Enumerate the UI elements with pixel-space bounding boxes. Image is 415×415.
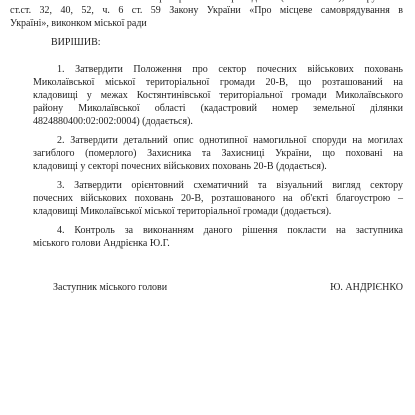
decree-item-4-line-1: 4. Контроль за виконанням даного рішення… bbox=[33, 224, 403, 237]
decree-item-2-line-3: кладовищі у секторі почесних військових … bbox=[33, 160, 403, 173]
decree-item-3-line-1: 3. Затвердити орієнтовний схематичний та… bbox=[33, 179, 403, 192]
intro-line-3: Україні», виконком міської ради bbox=[10, 17, 403, 30]
decree-item-1-line-1: 1. Затвердити Положення про сектор почес… bbox=[33, 63, 403, 76]
decree-item-3-line-3: кладовищі Миколаївської міської територі… bbox=[33, 205, 403, 218]
decree-item-1-line-5: 4824880400:02:002:0004) (додається). bbox=[33, 115, 403, 128]
decree-item-4-line-2: міського голови Андрієнка Ю.Г. bbox=[33, 237, 403, 250]
signature-row: Заступник міського голови Ю. АНДРІЄНКО bbox=[53, 281, 403, 294]
signature-position-title: Заступник міського голови bbox=[53, 281, 167, 294]
document-page: Миколаївської міської територіальної гро… bbox=[0, 0, 415, 415]
decree-item-1: 1. Затвердити Положення про сектор почес… bbox=[33, 63, 403, 128]
decree-item-2-line-2: загиблого (померлого) Захисника та Захис… bbox=[33, 147, 403, 160]
decree-item-3: 3. Затвердити орієнтовний схематичний та… bbox=[33, 179, 403, 218]
resolution-heading: ВИРІШИВ: bbox=[51, 36, 403, 49]
decree-item-1-line-3: кладовищі у межах Костянтинівської терит… bbox=[33, 89, 403, 102]
decree-item-3-line-2: почесних військових поховань 20-В, розта… bbox=[33, 192, 403, 205]
decree-item-4: 4. Контроль за виконанням даного рішення… bbox=[33, 224, 403, 250]
decree-item-1-line-4: району Миколаївської області (кадастрови… bbox=[33, 102, 403, 115]
intro-line-2: ст.ст. 32, 40, 52, ч. 6 ст. 59 Закону Ук… bbox=[10, 4, 403, 17]
decree-item-1-line-2: Миколаївської міської територіальної гро… bbox=[33, 76, 403, 89]
decree-item-2-line-1: 2. Затвердити детальний опис однотипної … bbox=[33, 134, 403, 147]
signature-name: Ю. АНДРІЄНКО bbox=[330, 281, 403, 294]
decree-item-2: 2. Затвердити детальний опис однотипної … bbox=[33, 134, 403, 173]
intro-paragraph: Миколаївської міської територіальної гро… bbox=[10, 0, 403, 30]
